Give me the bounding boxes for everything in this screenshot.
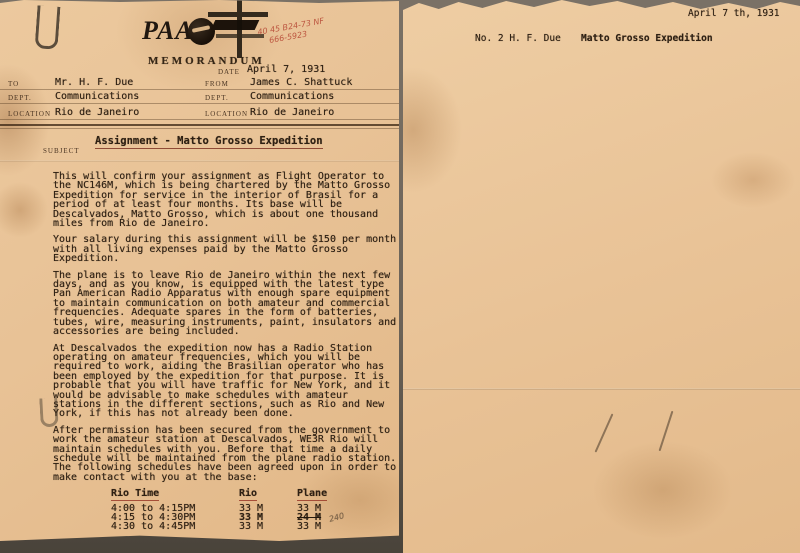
cell-plane: 33 M: [297, 522, 355, 531]
schedule-row: 4:30 to 4:45PM 33 M 33 M: [111, 522, 400, 531]
form-rule: [0, 89, 399, 90]
paragraph: Your salary during this assignment will …: [53, 235, 400, 263]
memo-body: This will confirm your assignment as Fli…: [53, 172, 400, 532]
form-rule: [0, 119, 399, 120]
paa-logo: PAA: [142, 16, 194, 46]
scan-backdrop: PAA MEMORANDUM 40 45 B24-73 NF 666-5923 …: [0, 0, 800, 553]
dept-right-label: DEPT.: [205, 94, 229, 102]
page2-number-addressee: No. 2 H. F. Due: [475, 33, 561, 44]
paragraph: This will confirm your assignment as Fli…: [53, 172, 400, 228]
dept-left-label: DEPT.: [8, 94, 32, 102]
cell-time: 4:30 to 4:45PM: [111, 522, 239, 531]
paragraph: After permission has been secured from t…: [53, 426, 400, 482]
location-right-label: LOCATION: [205, 110, 248, 118]
location-right-value: Rio de Janeiro: [250, 107, 334, 118]
schedule-header-row: Rio Time Rio Plane: [111, 489, 400, 498]
to-value: Mr. H. F. Due: [55, 77, 133, 88]
pencil-stroke: [595, 413, 614, 452]
date-value: April 7, 1931: [247, 64, 325, 75]
pencil-stroke: [659, 411, 674, 452]
header-divider: [0, 124, 399, 126]
subject-label: SUBJECT: [43, 147, 80, 155]
fold-crease: [0, 160, 399, 162]
dept-right-value: Communications: [250, 91, 334, 102]
date-label: DATE: [218, 68, 240, 76]
paperclip-icon: [35, 5, 61, 49]
paragraph: The plane is to leave Rio de Janeiro wit…: [53, 271, 400, 337]
winged-globe-icon: [188, 18, 215, 45]
schedule-table: Rio Time Rio Plane 4:00 to 4:15PM 33 M 3…: [111, 489, 400, 532]
fold-crease: [403, 388, 800, 390]
page2-heading: Matto Grosso Expedition: [581, 33, 713, 44]
page2-date: April 7 th, 1931: [688, 8, 780, 19]
subject-value: Assignment - Matto Grosso Expedition: [95, 135, 323, 149]
location-left-label: LOCATION: [8, 110, 51, 118]
location-left-value: Rio de Janeiro: [55, 107, 139, 118]
cell-rio: 33 M: [239, 522, 297, 531]
subject-row: SUBJECT Assignment - Matto Grosso Expedi…: [43, 138, 80, 157]
ink-stamp: [222, 0, 256, 58]
form-rule: [0, 103, 399, 104]
from-value: James C. Shattuck: [250, 77, 352, 88]
dept-left-value: Communications: [55, 91, 139, 102]
memo-page-2: April 7 th, 1931 No. 2 H. F. Due Matto G…: [403, 0, 800, 553]
header-divider-thin: [0, 128, 399, 129]
paragraph: At Descalvados the expedition now has a …: [53, 344, 400, 419]
col-header-rio-time: Rio Time: [111, 488, 159, 501]
memo-page-1: PAA MEMORANDUM 40 45 B24-73 NF 666-5923 …: [0, 0, 399, 541]
col-header-plane: Plane: [297, 488, 327, 501]
col-header-rio: Rio: [239, 488, 257, 501]
from-label: FROM: [205, 80, 229, 88]
handwritten-red-note: 40 45 B24-73 NF 666-5923: [257, 16, 327, 47]
to-label: TO: [8, 80, 19, 88]
